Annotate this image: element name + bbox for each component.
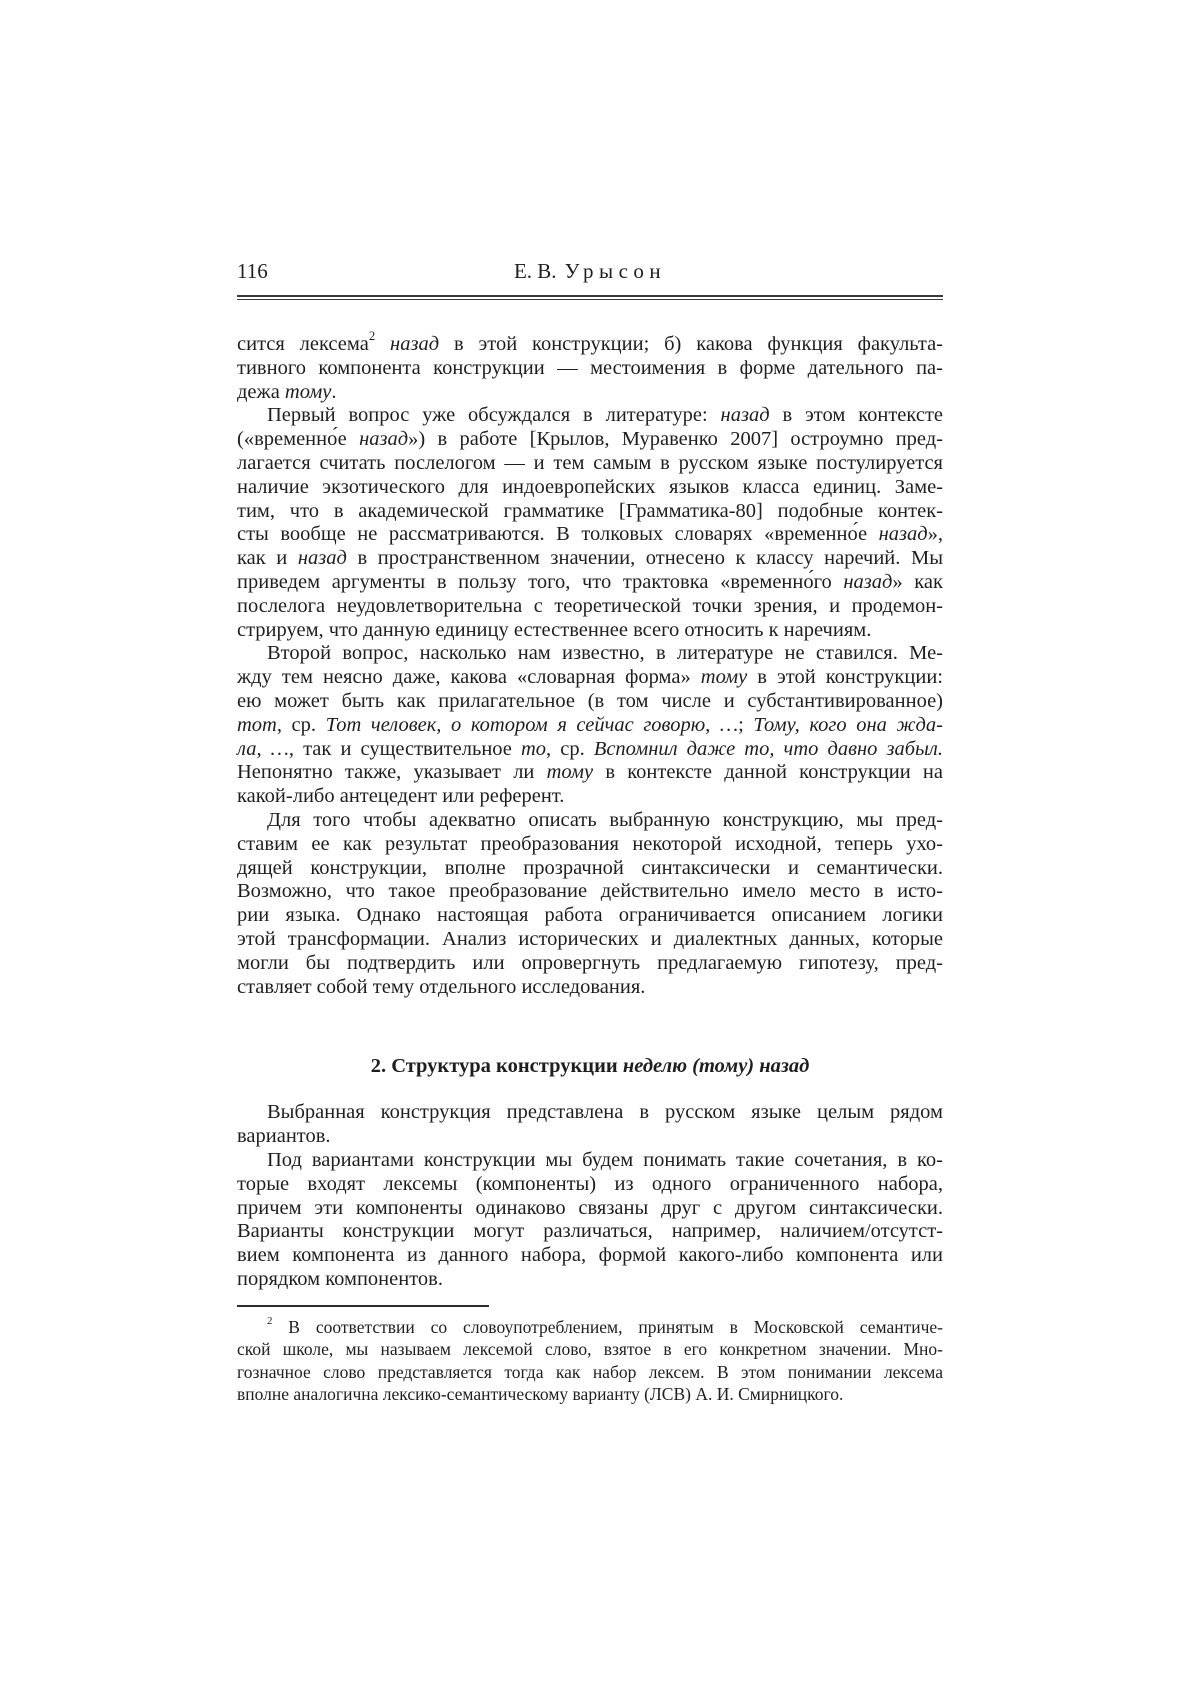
- body-text: сится лексема2 назад в этой конструкции;…: [237, 333, 943, 1292]
- running-head: 116 Е. В.Урысон: [237, 258, 943, 284]
- text-line: стрируем, что данную единицу естественне…: [237, 619, 943, 643]
- paragraph: 2 В соответствии со словоупотреблением, …: [237, 1316, 943, 1406]
- text-line: («временно́е назад») в работе [Крылов, М…: [237, 428, 943, 452]
- text-line: ской школе, мы называем лексемой слово, …: [237, 1338, 943, 1360]
- text-line: причем эти компоненты одинаково связаны …: [237, 1197, 943, 1221]
- text-line: лагается считать послелогом — и тем самы…: [237, 452, 943, 476]
- text-line: ставим ее как результат преобразования н…: [237, 833, 943, 857]
- author-initials: Е. В.: [514, 259, 557, 283]
- text-line: могли бы подтвердить или опровергнуть пр…: [237, 952, 943, 976]
- paragraph: Первый вопрос уже обсуждался в литератур…: [237, 404, 943, 642]
- text-line: дящей конструкции, вполне прозрачной син…: [237, 857, 943, 881]
- text-line: Для того чтобы адекватно описать выбранн…: [237, 809, 943, 833]
- text-line: порядком компонентов.: [237, 1268, 943, 1292]
- text-line: послелога неудовлетворительна с теоретич…: [237, 595, 943, 619]
- section-heading: 2. Структура конструкции неделю (тому) н…: [237, 1053, 943, 1079]
- text-line: вариантов.: [237, 1125, 943, 1149]
- page-number: 116: [237, 258, 268, 284]
- author-name: Е. В.Урысон: [237, 258, 943, 284]
- paragraph: сится лексема2 назад в этой конструкции;…: [237, 333, 943, 404]
- header-rule: [237, 295, 943, 300]
- text-line: Непонятно также, указывает ли тому в кон…: [237, 761, 943, 785]
- text-line: сты вообще не рассматриваются. В толковы…: [237, 523, 943, 547]
- paragraph: Под вариантами конструкции мы будем пони…: [237, 1149, 943, 1292]
- paragraph: Выбранная конструкция представлена в рус…: [237, 1101, 943, 1149]
- scanned-paper-page: 116 Е. В.Урысон сится лексема2 назад в э…: [0, 0, 1200, 1697]
- text-line: Возможно, что такое преобразование дейст…: [237, 880, 943, 904]
- paragraph: Для того чтобы адекватно описать выбранн…: [237, 809, 943, 999]
- text-line: Первый вопрос уже обсуждался в литератур…: [237, 404, 943, 428]
- text-column: 116 Е. В.Урысон сится лексема2 назад в э…: [237, 258, 943, 1405]
- paragraph: Второй вопрос, насколько нам известно, в…: [237, 642, 943, 809]
- text-line: торые входят лексемы (компоненты) из одн…: [237, 1173, 943, 1197]
- text-line: тим, что в академической грамматике [Гра…: [237, 500, 943, 524]
- text-line: приведем аргументы в пользу того, что тр…: [237, 571, 943, 595]
- text-line: 2 В соответствии со словоупотреблением, …: [237, 1316, 943, 1338]
- text-line: ею может быть как прилагательное (в том …: [237, 690, 943, 714]
- text-line: Под вариантами конструкции мы будем пони…: [237, 1149, 943, 1173]
- footnote-rule: [237, 1305, 489, 1307]
- text-line: сится лексема2 назад в этой конструкции;…: [237, 333, 943, 357]
- text-line: тивного компонента конструкции — местоим…: [237, 357, 943, 381]
- text-line: рии языка. Однако настоящая работа огран…: [237, 904, 943, 928]
- text-line: жду тем неясно даже, какова «словарная ф…: [237, 666, 943, 690]
- text-line: наличие экзотического для индоевропейски…: [237, 476, 943, 500]
- text-line: ла, …, так и существительное то, ср. Всп…: [237, 738, 943, 762]
- heading-text: 2. Структура конструкции: [371, 1055, 618, 1077]
- text-line: тот, ср. Тот человек, о котором я сейчас…: [237, 714, 943, 738]
- text-line: гозначное слово представляется тогда как…: [237, 1361, 943, 1383]
- text-line: этой трансформации. Анализ исторических …: [237, 928, 943, 952]
- text-line: как и назад в пространственном значении,…: [237, 547, 943, 571]
- text-line: Выбранная конструкция представлена в рус…: [237, 1101, 943, 1125]
- footnote: 2 В соответствии со словоупотреблением, …: [237, 1316, 943, 1406]
- heading-italic-part: неделю (тому) назад: [623, 1055, 809, 1077]
- text-line: вполне аналогична лексико-семантическому…: [237, 1383, 943, 1405]
- text-line: вием компонента из данного набора, формо…: [237, 1244, 943, 1268]
- text-line: дежа тому.: [237, 381, 943, 405]
- text-line: ставляет собой тему отдельного исследова…: [237, 976, 943, 1000]
- author-surname: Урысон: [565, 259, 666, 283]
- text-line: Второй вопрос, насколько нам известно, в…: [237, 642, 943, 666]
- text-line: Варианты конструкции могут различаться, …: [237, 1220, 943, 1244]
- text-line: какой-либо антецедент или референт.: [237, 785, 943, 809]
